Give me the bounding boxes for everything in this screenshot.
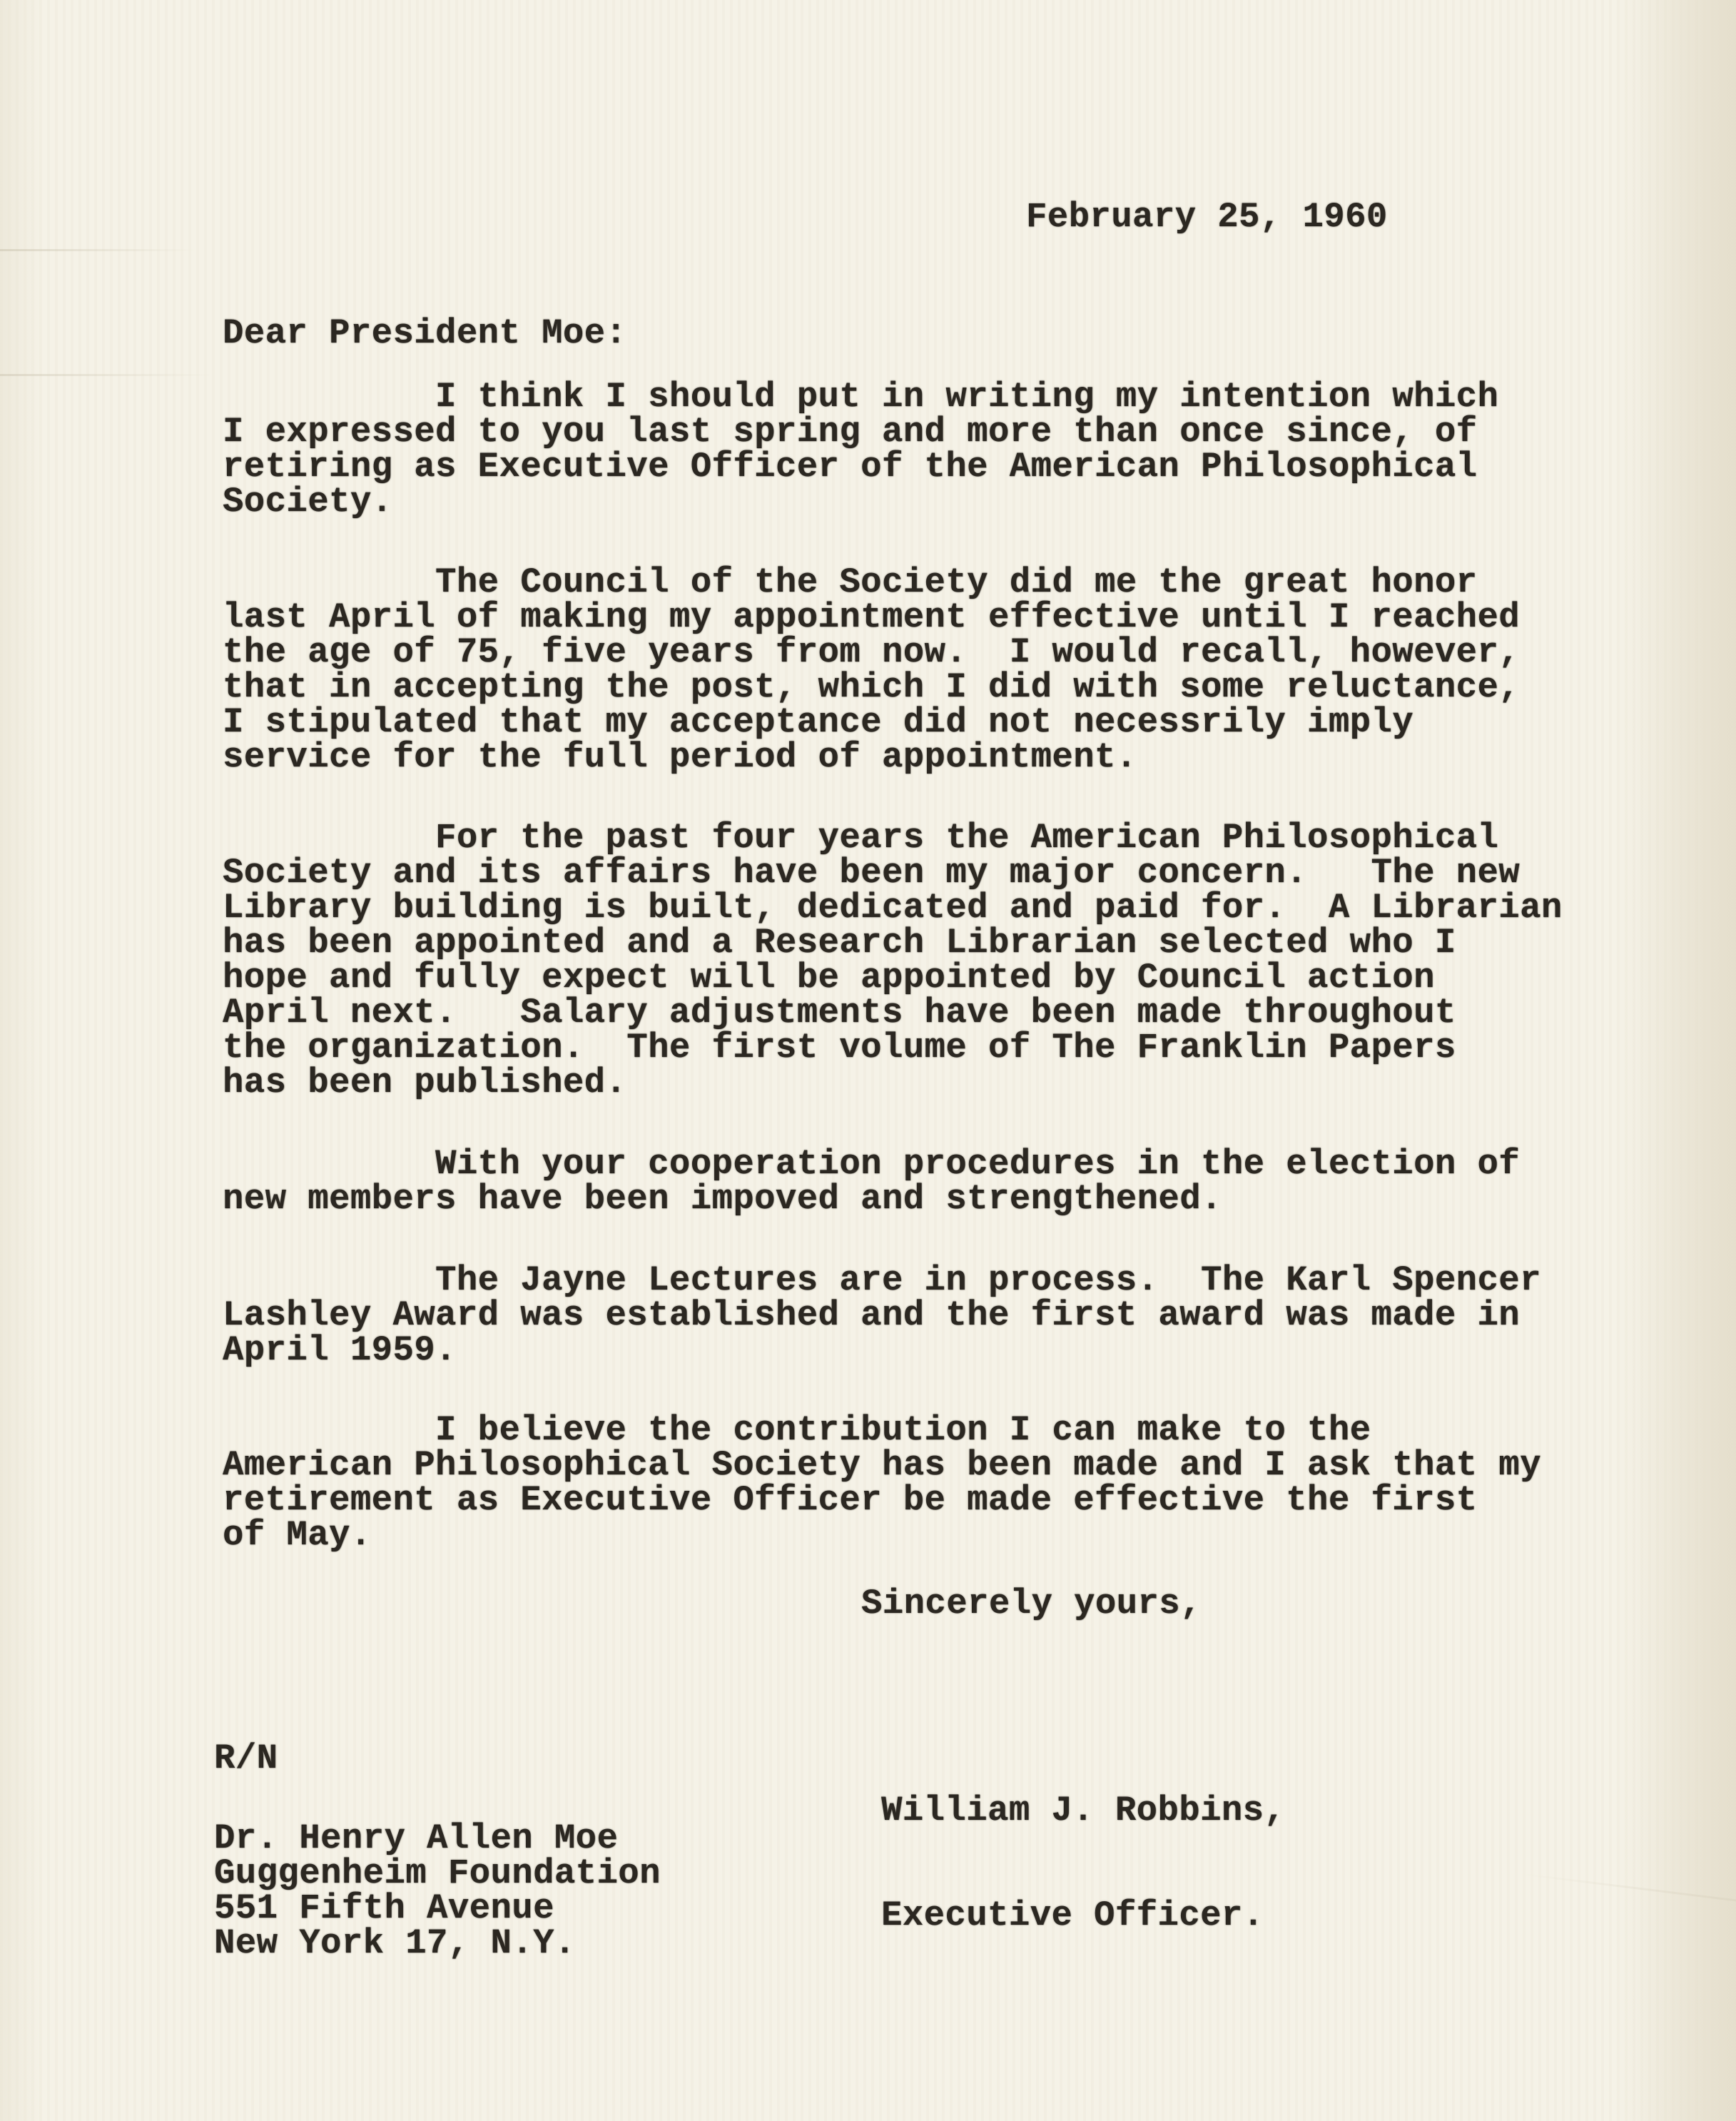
scan-artifact-crease [0,374,214,376]
letter-page: February 25, 1960 Dear President Moe: I … [0,0,1736,2121]
body-paragraph: The Council of the Society did me the gr… [223,565,1520,775]
signature-block: William J. Robbins, Executive Officer. [881,1723,1285,2003]
body-paragraph: I think I should put in writing my inten… [223,380,1498,520]
salutation: Dear President Moe: [223,316,626,351]
typist-initials: R/N [214,1741,278,1776]
closing: Sincerely yours, [861,1586,1202,1621]
body-paragraph: The Jayne Lectures are in process. The K… [223,1263,1541,1368]
scan-artifact-crease [1521,1873,1736,1911]
body-paragraph: For the past four years the American Phi… [223,821,1563,1100]
signature-title: Executive Officer. [881,1898,1285,1933]
scan-artifact-crease [0,249,196,251]
date-line: February 25, 1960 [1026,200,1388,235]
signature-name: William J. Robbins, [881,1793,1285,1828]
paper-edge-shading [1636,0,1736,2121]
body-paragraph: I believe the contribution I can make to… [223,1413,1541,1553]
body-paragraph: With your cooperation procedures in the … [223,1147,1520,1217]
recipient-address: Dr. Henry Allen Moe Guggenheim Foundatio… [214,1821,661,1961]
